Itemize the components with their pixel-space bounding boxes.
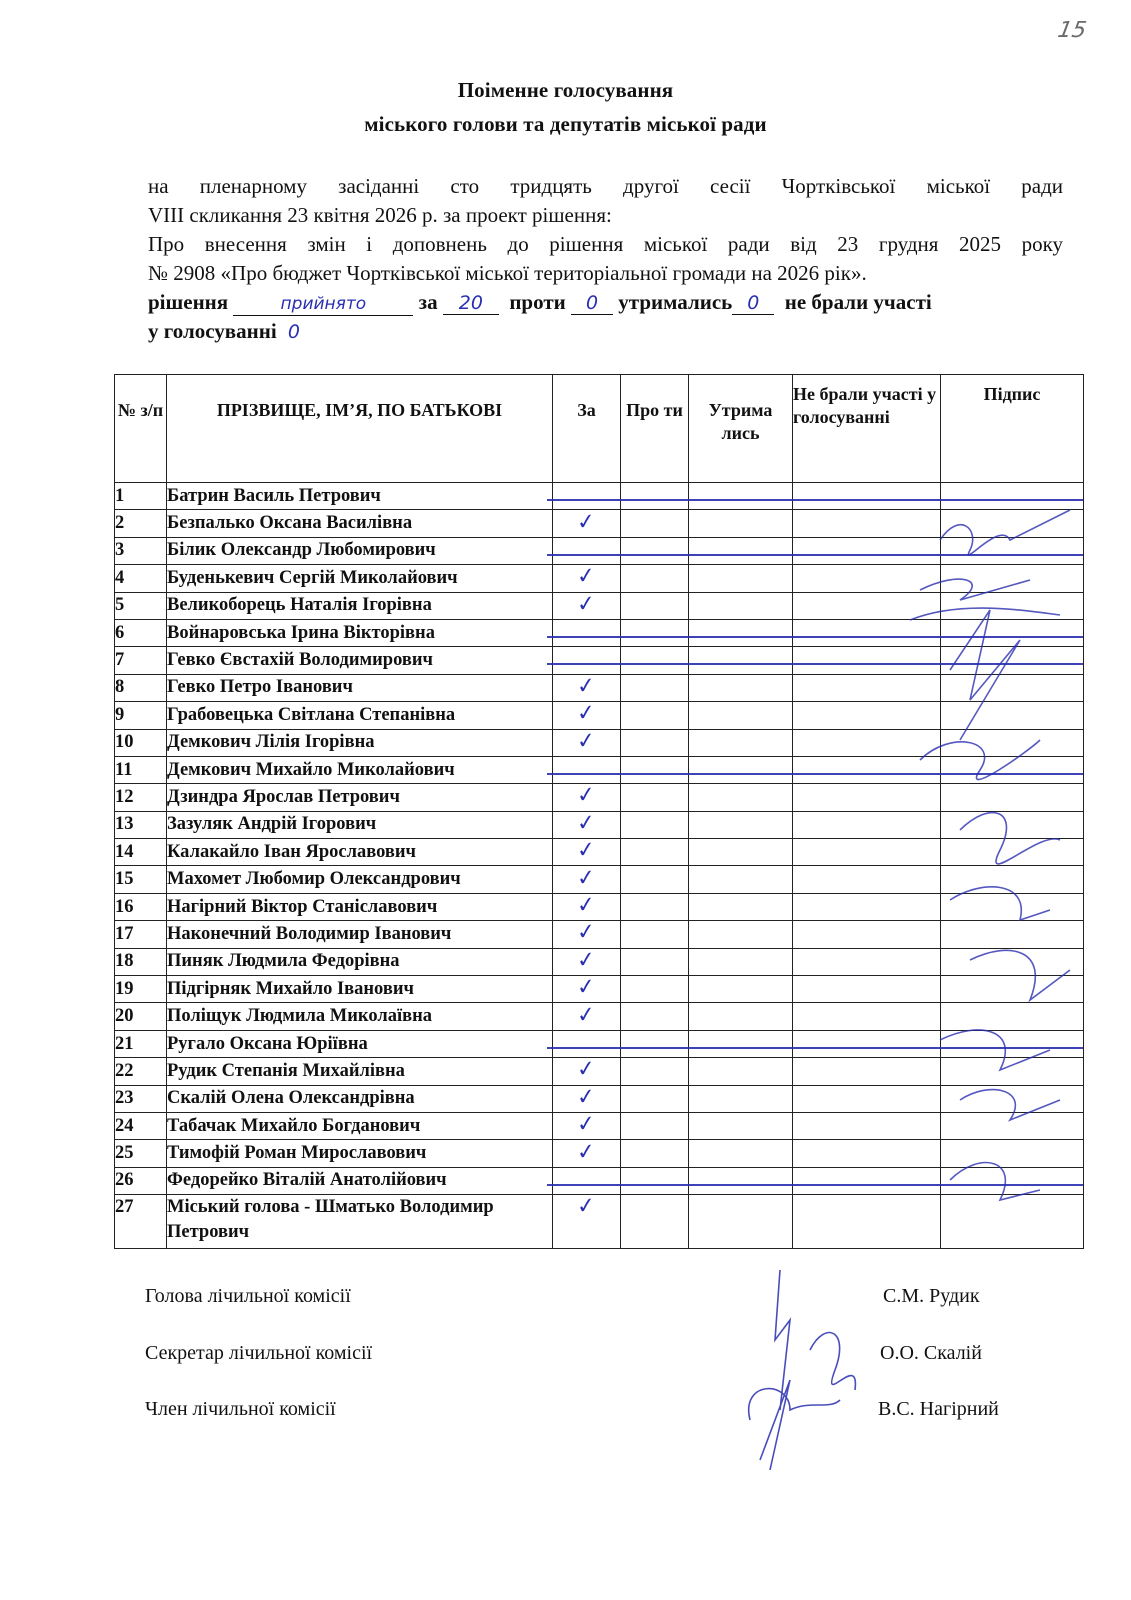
member-name: Батрин Василь Петрович — [167, 483, 553, 510]
signature-cell — [941, 1003, 1084, 1030]
vote-for-cell: ✓ — [553, 702, 621, 729]
signature-cell — [941, 784, 1084, 811]
vote-abstained-cell — [689, 1167, 793, 1194]
check-mark-icon: ✓ — [576, 564, 597, 590]
strike-line — [547, 1184, 1084, 1186]
vote-for-cell: ✓ — [553, 893, 621, 920]
signature-cell — [941, 921, 1084, 948]
secretary-name: О.О. Скалій — [880, 1342, 982, 1365]
vote-not-participated-cell — [793, 839, 941, 866]
signature-cell — [941, 893, 1084, 920]
check-mark-icon: ✓ — [576, 811, 597, 837]
abstained-label: утримались — [618, 290, 732, 314]
vote-abstained-cell — [689, 1085, 793, 1112]
row-number: 24 — [115, 1112, 167, 1139]
member-name: Пиняк Людмила Федорівна — [167, 948, 553, 975]
vote-abstained-cell — [689, 839, 793, 866]
member-name: Грабовецька Світлана Степанівна — [167, 702, 553, 729]
vote-not-participated-cell — [793, 811, 941, 838]
intro-line-4: № 2908 «Про бюджет Чортківської міської … — [148, 259, 1063, 288]
vote-for-cell: ✓ — [553, 839, 621, 866]
vote-against-cell — [621, 784, 689, 811]
signature-cell — [941, 510, 1084, 537]
row-number: 3 — [115, 537, 167, 564]
vote-for-cell: ✓ — [553, 866, 621, 893]
session-description: на пленарному засіданні сто тридцять дру… — [148, 172, 1063, 346]
vote-abstained-cell — [689, 1112, 793, 1139]
header-abstained: Утрима лись — [689, 375, 793, 483]
vote-for-cell: ✓ — [553, 592, 621, 619]
header-number: № з/п — [115, 375, 167, 483]
vote-against-cell — [621, 619, 689, 646]
vote-against-cell — [621, 1112, 689, 1139]
signature-cell — [941, 674, 1084, 701]
row-number: 16 — [115, 893, 167, 920]
vote-against-cell — [621, 729, 689, 756]
vote-not-participated-cell — [793, 510, 941, 537]
document-title: Поіменне голосування — [0, 78, 1131, 103]
against-count: 0 — [571, 292, 613, 315]
vote-for-cell — [553, 619, 621, 646]
vote-not-participated-cell — [793, 702, 941, 729]
vote-for-cell — [553, 537, 621, 564]
document-subtitle: міського голови та депутатів міської рад… — [0, 112, 1131, 137]
vote-not-participated-cell — [793, 674, 941, 701]
vote-against-cell — [621, 537, 689, 564]
table-row: 25Тимофій Роман Мирославович✓ — [115, 1140, 1084, 1167]
vote-not-participated-cell — [793, 565, 941, 592]
table-row: 4Буденькевич Сергій Миколайович✓ — [115, 565, 1084, 592]
check-mark-icon: ✓ — [576, 592, 597, 618]
vote-not-participated-cell — [793, 866, 941, 893]
row-number: 1 — [115, 483, 167, 510]
vote-abstained-cell — [689, 483, 793, 510]
vote-against-cell — [621, 1058, 689, 1085]
vote-for-cell: ✓ — [553, 811, 621, 838]
row-number: 18 — [115, 948, 167, 975]
decision-summary-cont: у голосуванні 0 — [148, 317, 1063, 346]
member-name: Поліщук Людмила Миколаївна — [167, 1003, 553, 1030]
vote-not-participated-cell — [793, 1058, 941, 1085]
vote-abstained-cell — [689, 784, 793, 811]
check-mark-icon: ✓ — [576, 893, 597, 919]
for-label: за — [419, 290, 438, 314]
check-mark-icon: ✓ — [576, 1003, 597, 1029]
vote-abstained-cell — [689, 1003, 793, 1030]
table-row: 6Войнаровська Ірина Вікторівна — [115, 619, 1084, 646]
vote-not-participated-cell — [793, 1112, 941, 1139]
table-row: 11Демкович Михайло Миколайович — [115, 756, 1084, 783]
table-row: 1Батрин Василь Петрович — [115, 483, 1084, 510]
vote-against-cell — [621, 510, 689, 537]
row-number: 8 — [115, 674, 167, 701]
commission-signatures — [730, 1260, 880, 1480]
signature-cell — [941, 948, 1084, 975]
strike-line — [547, 663, 1084, 665]
vote-not-participated-cell — [793, 619, 941, 646]
table-row: 5Великоборець Наталія Ігорівна✓ — [115, 592, 1084, 619]
vote-against-cell — [621, 976, 689, 1003]
vote-not-participated-cell — [793, 921, 941, 948]
vote-against-cell — [621, 674, 689, 701]
row-number: 19 — [115, 976, 167, 1003]
decision-summary: рішення прийнято за 20 проти 0 утрималис… — [148, 288, 1063, 317]
vote-abstained-cell — [689, 866, 793, 893]
check-mark-icon: ✓ — [576, 866, 597, 892]
row-number: 26 — [115, 1167, 167, 1194]
decision-label: рішення — [148, 290, 228, 314]
vote-not-participated-cell — [793, 1085, 941, 1112]
vote-for-cell: ✓ — [553, 510, 621, 537]
table-row: 27Міський голова - Шматько Володимир Пет… — [115, 1195, 1084, 1249]
chair-label: Голова лічильної комісії — [145, 1285, 351, 1308]
table-row: 8Гевко Петро Іванович✓ — [115, 674, 1084, 701]
table-row: 13Зазуляк Андрій Ігорович✓ — [115, 811, 1084, 838]
vote-abstained-cell — [689, 647, 793, 674]
table-row: 22Рудик Степанія Михайлівна✓ — [115, 1058, 1084, 1085]
check-mark-icon: ✓ — [576, 1057, 597, 1083]
vote-against-cell — [621, 948, 689, 975]
member-name: Федорейко Віталій Анатолійович — [167, 1167, 553, 1194]
signature-cell — [941, 866, 1084, 893]
not-voted-label: не брали участі — [785, 290, 932, 314]
vote-not-participated-cell — [793, 729, 941, 756]
vote-for-cell: ✓ — [553, 565, 621, 592]
vote-against-cell — [621, 1140, 689, 1167]
vote-abstained-cell — [689, 976, 793, 1003]
abstained-count: 0 — [732, 292, 774, 315]
signature-cell — [941, 1085, 1084, 1112]
vote-not-participated-cell — [793, 537, 941, 564]
secretary-label: Секретар лічильної комісії — [145, 1342, 372, 1365]
strike-line — [547, 1047, 1084, 1049]
vote-for-cell: ✓ — [553, 976, 621, 1003]
against-label: проти — [509, 290, 565, 314]
vote-against-cell — [621, 1085, 689, 1112]
signature-cell — [941, 976, 1084, 1003]
table-row: 14Калакайло Іван Ярославович✓ — [115, 839, 1084, 866]
signature-cell — [941, 811, 1084, 838]
member-name: Табачак Михайло Богданович — [167, 1112, 553, 1139]
vote-abstained-cell — [689, 1030, 793, 1057]
intro-line-3: Про внесення змін і доповнень до рішення… — [148, 230, 1063, 259]
signature-cell — [941, 756, 1084, 783]
vote-against-cell — [621, 1003, 689, 1030]
vote-not-participated-cell — [793, 784, 941, 811]
member-label: Член лічильної комісії — [145, 1398, 336, 1421]
signature-cell — [941, 702, 1084, 729]
signature-cell — [941, 483, 1084, 510]
vote-for-cell: ✓ — [553, 1195, 621, 1249]
vote-for-cell: ✓ — [553, 729, 621, 756]
vote-not-participated-cell — [793, 647, 941, 674]
member-name: В.С. Нагірний — [878, 1398, 999, 1421]
header-signature: Підпис — [941, 375, 1084, 483]
row-number: 9 — [115, 702, 167, 729]
vote-against-cell — [621, 1030, 689, 1057]
vote-against-cell — [621, 756, 689, 783]
vote-against-cell — [621, 839, 689, 866]
table-row: 24Табачак Михайло Богданович✓ — [115, 1112, 1084, 1139]
intro-line-1: на пленарному засіданні сто тридцять дру… — [148, 172, 1063, 201]
signature-cell — [941, 1195, 1084, 1249]
check-mark-icon: ✓ — [576, 701, 597, 727]
not-voted-count: 0 — [282, 321, 306, 343]
check-mark-icon: ✓ — [576, 921, 597, 947]
strike-line — [547, 636, 1084, 638]
signature-cell — [941, 1140, 1084, 1167]
vote-against-cell — [621, 565, 689, 592]
table-row: 10Демкович Лілія Ігорівна✓ — [115, 729, 1084, 756]
row-number: 27 — [115, 1195, 167, 1249]
member-name: Підгірняк Михайло Іванович — [167, 976, 553, 1003]
row-number: 7 — [115, 647, 167, 674]
signature-cell — [941, 565, 1084, 592]
vote-not-participated-cell — [793, 1003, 941, 1030]
member-name: Буденькевич Сергій Миколайович — [167, 565, 553, 592]
row-number: 5 — [115, 592, 167, 619]
vote-abstained-cell — [689, 948, 793, 975]
member-name: Калакайло Іван Ярославович — [167, 839, 553, 866]
row-number: 23 — [115, 1085, 167, 1112]
check-mark-icon: ✓ — [576, 1085, 597, 1111]
vote-for-cell — [553, 483, 621, 510]
signature-cell — [941, 1112, 1084, 1139]
check-mark-icon: ✓ — [576, 510, 597, 536]
vote-abstained-cell — [689, 565, 793, 592]
vote-for-cell: ✓ — [553, 784, 621, 811]
row-number: 4 — [115, 565, 167, 592]
signature-cell — [941, 537, 1084, 564]
vote-for-cell: ✓ — [553, 1058, 621, 1085]
table-row: 15Махомет Любомир Олександрович✓ — [115, 866, 1084, 893]
row-number: 11 — [115, 756, 167, 783]
member-name: Войнаровська Ірина Вікторівна — [167, 619, 553, 646]
member-name: Гевко Петро Іванович — [167, 674, 553, 701]
strike-line — [547, 773, 1084, 775]
signature-cell — [941, 592, 1084, 619]
roll-call-table: № з/п ПРІЗВИЩЕ, ІМ’Я, ПО БАТЬКОВІ За Про… — [114, 374, 1084, 1249]
vote-against-cell — [621, 1195, 689, 1249]
member-name: Демкович Михайло Миколайович — [167, 756, 553, 783]
signature-cell — [941, 647, 1084, 674]
intro-line-2: VIII скликання 23 квітня 2026 р. за прое… — [148, 201, 1063, 230]
table-header-row: № з/п ПРІЗВИЩЕ, ІМ’Я, ПО БАТЬКОВІ За Про… — [115, 375, 1084, 483]
member-name: Наконечний Володимир Іванович — [167, 921, 553, 948]
signature-cell — [941, 1058, 1084, 1085]
check-mark-icon: ✓ — [576, 838, 597, 864]
row-number: 22 — [115, 1058, 167, 1085]
member-name: Махомет Любомир Олександрович — [167, 866, 553, 893]
header-against: Про ти — [621, 375, 689, 483]
table-row: 18Пиняк Людмила Федорівна✓ — [115, 948, 1084, 975]
signature-cell — [941, 729, 1084, 756]
header-not-voted: Не брали участі у голосуванні — [793, 375, 941, 483]
header-name: ПРІЗВИЩЕ, ІМ’Я, ПО БАТЬКОВІ — [167, 375, 553, 483]
vote-abstained-cell — [689, 921, 793, 948]
row-number: 13 — [115, 811, 167, 838]
vote-abstained-cell — [689, 510, 793, 537]
table-row: 26Федорейко Віталій Анатолійович — [115, 1167, 1084, 1194]
vote-abstained-cell — [689, 674, 793, 701]
vote-not-participated-cell — [793, 756, 941, 783]
vote-for-cell — [553, 1167, 621, 1194]
vote-against-cell — [621, 702, 689, 729]
row-number: 2 — [115, 510, 167, 537]
member-name: Гевко Євстахій Володимирович — [167, 647, 553, 674]
vote-against-cell — [621, 647, 689, 674]
vote-abstained-cell — [689, 811, 793, 838]
member-name: Великоборець Наталія Ігорівна — [167, 592, 553, 619]
vote-not-participated-cell — [793, 1167, 941, 1194]
table-row: 9Грабовецька Світлана Степанівна✓ — [115, 702, 1084, 729]
member-name: Демкович Лілія Ігорівна — [167, 729, 553, 756]
member-name: Тимофій Роман Мирославович — [167, 1140, 553, 1167]
row-number: 14 — [115, 839, 167, 866]
vote-for-cell: ✓ — [553, 948, 621, 975]
strike-line — [547, 499, 1084, 501]
signature-cell — [941, 1030, 1084, 1057]
table-row: 20Поліщук Людмила Миколаївна✓ — [115, 1003, 1084, 1030]
member-name: Зазуляк Андрій Ігорович — [167, 811, 553, 838]
member-name: Ругало Оксана Юріївна — [167, 1030, 553, 1057]
table-row: 16Нагірний Віктор Станіславович✓ — [115, 893, 1084, 920]
check-mark-icon: ✓ — [576, 948, 597, 974]
vote-for-cell — [553, 1030, 621, 1057]
table-row: 17Наконечний Володимир Іванович✓ — [115, 921, 1084, 948]
vote-abstained-cell — [689, 1195, 793, 1249]
vote-abstained-cell — [689, 893, 793, 920]
vote-for-cell: ✓ — [553, 1085, 621, 1112]
check-mark-icon: ✓ — [576, 1194, 597, 1220]
signature-cell — [941, 619, 1084, 646]
member-name: Нагірний Віктор Станіславович — [167, 893, 553, 920]
vote-for-cell: ✓ — [553, 674, 621, 701]
for-count: 20 — [443, 292, 499, 315]
signature-cell — [941, 1167, 1084, 1194]
vote-for-cell: ✓ — [553, 1112, 621, 1139]
vote-not-participated-cell — [793, 1030, 941, 1057]
row-number: 10 — [115, 729, 167, 756]
table-row: 23Скалій Олена Олександрівна✓ — [115, 1085, 1084, 1112]
header-for: За — [553, 375, 621, 483]
table-row: 3Білик Олександр Любомирович — [115, 537, 1084, 564]
row-number: 20 — [115, 1003, 167, 1030]
check-mark-icon: ✓ — [576, 975, 597, 1001]
vote-abstained-cell — [689, 619, 793, 646]
vote-not-participated-cell — [793, 948, 941, 975]
not-voted-label-2: у голосуванні — [148, 319, 277, 343]
member-name: Скалій Олена Олександрівна — [167, 1085, 553, 1112]
vote-for-cell — [553, 647, 621, 674]
vote-not-participated-cell — [793, 893, 941, 920]
table-row: 19Підгірняк Михайло Іванович✓ — [115, 976, 1084, 1003]
vote-abstained-cell — [689, 592, 793, 619]
check-mark-icon: ✓ — [576, 674, 597, 700]
row-number: 17 — [115, 921, 167, 948]
member-name: Білик Олександр Любомирович — [167, 537, 553, 564]
vote-not-participated-cell — [793, 976, 941, 1003]
vote-for-cell: ✓ — [553, 1140, 621, 1167]
table-row: 12Дзиндра Ярослав Петрович✓ — [115, 784, 1084, 811]
row-number: 21 — [115, 1030, 167, 1057]
member-name: Безпалько Оксана Василівна — [167, 510, 553, 537]
row-number: 25 — [115, 1140, 167, 1167]
check-mark-icon: ✓ — [576, 1112, 597, 1138]
vote-against-cell — [621, 866, 689, 893]
table-row: 7Гевко Євстахій Володимирович — [115, 647, 1084, 674]
vote-abstained-cell — [689, 702, 793, 729]
row-number: 15 — [115, 866, 167, 893]
vote-against-cell — [621, 921, 689, 948]
row-number: 12 — [115, 784, 167, 811]
strike-line — [547, 554, 1084, 556]
vote-abstained-cell — [689, 537, 793, 564]
member-name: Рудик Степанія Михайлівна — [167, 1058, 553, 1085]
vote-abstained-cell — [689, 756, 793, 783]
vote-not-participated-cell — [793, 1140, 941, 1167]
page-number: 15 — [1056, 18, 1088, 43]
decision-value: прийнято — [233, 293, 413, 316]
row-number: 6 — [115, 619, 167, 646]
vote-for-cell: ✓ — [553, 1003, 621, 1030]
vote-against-cell — [621, 811, 689, 838]
check-mark-icon: ✓ — [576, 784, 597, 810]
vote-against-cell — [621, 592, 689, 619]
member-name: Міський голова - Шматько Володимир Петро… — [167, 1195, 553, 1249]
chair-name: С.М. Рудик — [883, 1285, 980, 1308]
vote-not-participated-cell — [793, 1195, 941, 1249]
vote-abstained-cell — [689, 1058, 793, 1085]
vote-against-cell — [621, 483, 689, 510]
table-row: 21Ругало Оксана Юріївна — [115, 1030, 1084, 1057]
vote-for-cell: ✓ — [553, 921, 621, 948]
check-mark-icon: ✓ — [576, 729, 597, 755]
vote-against-cell — [621, 893, 689, 920]
vote-abstained-cell — [689, 1140, 793, 1167]
member-name: Дзиндра Ярослав Петрович — [167, 784, 553, 811]
vote-for-cell — [553, 756, 621, 783]
vote-not-participated-cell — [793, 483, 941, 510]
vote-abstained-cell — [689, 729, 793, 756]
vote-against-cell — [621, 1167, 689, 1194]
check-mark-icon: ✓ — [576, 1140, 597, 1166]
vote-not-participated-cell — [793, 592, 941, 619]
table-row: 2Безпалько Оксана Василівна✓ — [115, 510, 1084, 537]
signature-cell — [941, 839, 1084, 866]
